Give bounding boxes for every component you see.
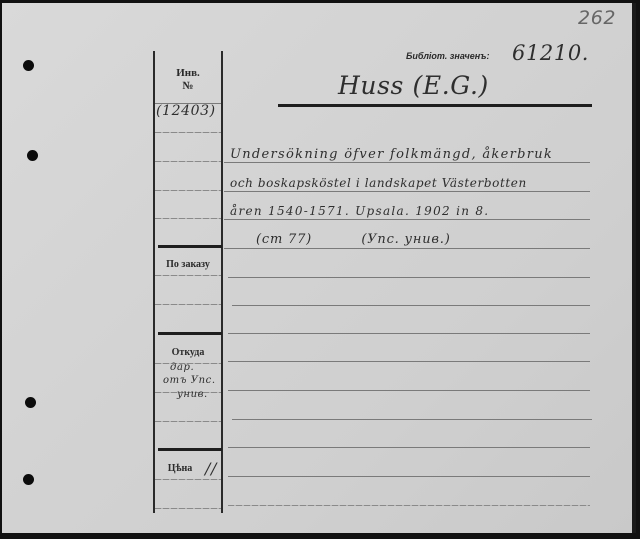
column-rule-left [153, 51, 155, 513]
catalog-card: 262 Библіот. значенъ: 61210. Huss (E.G.)… [2, 3, 636, 533]
rule [155, 218, 221, 219]
inventory-number: (12403) [156, 103, 216, 119]
rule [155, 275, 221, 276]
rule [224, 191, 590, 192]
inventory-label: Инв. [155, 67, 221, 79]
rule [232, 419, 592, 420]
punch-hole [23, 474, 34, 485]
library-mark-label: Библіот. значенъ: [406, 51, 490, 61]
section-divider [158, 448, 222, 451]
rule [155, 304, 221, 305]
punch-hole [27, 150, 38, 161]
source-value-line-3: унив. [177, 389, 208, 400]
section-divider [158, 332, 222, 335]
title-line-2: och boskapsköstel i landskapet Västerbot… [230, 176, 527, 190]
section-divider [158, 245, 222, 248]
rule [155, 132, 221, 133]
rule [232, 305, 590, 306]
source-value-line-2: отъ Упс. [163, 375, 216, 386]
author-underline [278, 104, 592, 107]
title-line-3: åren 1540-1571. Upsala. 1902 in 8. [230, 204, 489, 218]
rule [228, 505, 590, 506]
punch-hole [25, 397, 36, 408]
page-number: 262 [578, 7, 616, 29]
rule [228, 333, 590, 334]
rule [228, 390, 590, 391]
rule [224, 248, 590, 249]
price-label: Цѣна [160, 463, 200, 474]
rule [155, 479, 221, 480]
rule [224, 162, 590, 163]
inventory-number-sign: № [155, 80, 221, 92]
rule [155, 508, 221, 509]
rule [228, 361, 590, 362]
rule [155, 161, 221, 162]
punch-hole [23, 60, 34, 71]
library-mark-value: 61210. [512, 41, 589, 65]
column-rule-right [221, 51, 223, 513]
rule [155, 190, 221, 191]
rule [228, 476, 590, 477]
title-line-4: (cm 77) (Упс. унив.) [256, 232, 451, 247]
price-value: // [205, 459, 217, 478]
source-label: Откуда [155, 347, 221, 358]
rule [228, 447, 590, 448]
title-line-1: Undersökning öfver folkmängd, åkerbruk [230, 147, 553, 162]
source-value-line-1: дар. [170, 362, 194, 373]
rule [228, 277, 590, 278]
order-label: По заказу [155, 259, 221, 270]
author-name: Huss (E.G.) [338, 71, 489, 100]
rule [224, 219, 590, 220]
rule [155, 421, 221, 422]
